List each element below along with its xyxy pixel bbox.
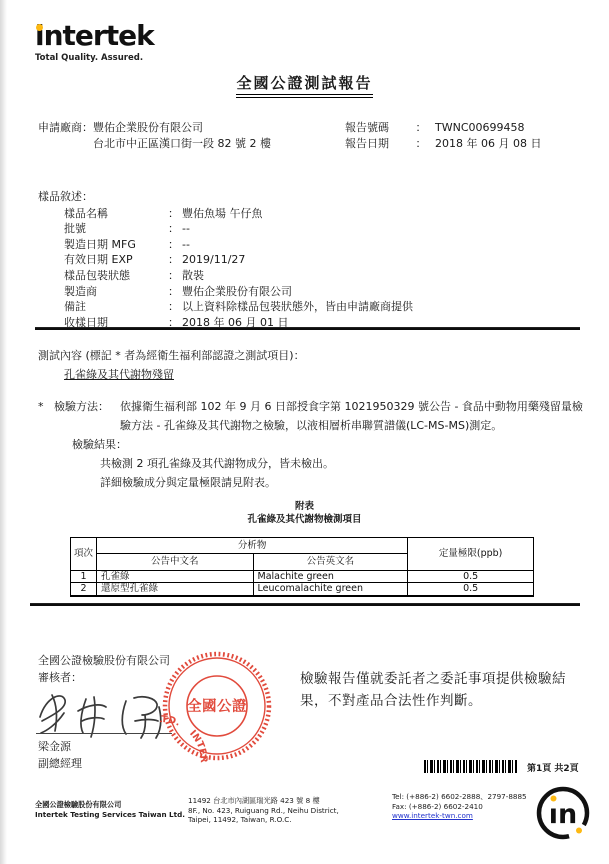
colon: ： — [168, 252, 182, 268]
result-line: 共檢測 2 項孔雀綠及其代謝物成分，皆未檢出。 — [100, 454, 583, 473]
brand-yellow-dot-icon — [36, 24, 43, 31]
test-subject: 孔雀綠及其代謝物殘留 — [64, 365, 583, 384]
cn-name-cell: 孔雀綠 — [96, 570, 253, 582]
col-en-header: 公告英文名 — [253, 554, 408, 570]
test-section: 測試內容 (標記 * 者為經衛生福利部認證之測試項目)： 孔雀綠及其代謝物殘留 … — [38, 346, 583, 492]
footer-company-en: Intertek Testing Services Taiwan Ltd. — [35, 810, 195, 820]
colon: ： — [168, 268, 182, 284]
table-row: 2 還原型孔雀綠 Leucomalachite green 0.5 — [71, 583, 534, 596]
footer-company: 全國公證檢驗股份有限公司 Intertek Testing Services T… — [35, 800, 195, 819]
sample-row: 樣品名稱 ： 豐佑魚場 午仔魚 — [64, 206, 581, 222]
applicant-name: 豐佑企業股份有限公司 — [93, 120, 271, 136]
report-date-value: 2018 年 06 月 08 日 — [435, 136, 541, 152]
report-page: intertek Total Quality. Assured. 全國公證測試報… — [0, 0, 609, 864]
row-label: 樣品名稱 — [64, 206, 168, 222]
sample-row: 有效日期 EXP ： 2019/11/27 — [64, 252, 581, 268]
item-no-cell: 2 — [71, 583, 97, 596]
report-date-label: 報告日期 — [345, 136, 407, 152]
sample-section: 樣品敘述： 樣品名稱 ： 豐佑魚場 午仔魚 批號 ： -- 製造日期 MFG ：… — [38, 189, 581, 330]
intertek-mark-icon: ın — [532, 782, 594, 848]
sample-row: 批號 ： -- — [64, 221, 581, 237]
logo-tagline: Total Quality. Assured. — [35, 53, 154, 63]
signer-name: 梁金源 — [38, 738, 71, 754]
disclaimer-text: 檢驗報告僅就委託者之委託事項提供檢驗結果，不對產品合法性作判斷。 — [300, 668, 592, 712]
sample-row: 備註 ： 以上資料除樣品包裝狀態外，皆由申請廠商提供 — [64, 299, 581, 315]
footer-address-en2: Taipei, 11492, Taiwan, R.O.C. — [188, 815, 403, 825]
colon: ： — [168, 221, 182, 237]
col-cn-header: 公告中文名 — [96, 554, 253, 570]
row-value: 2019/11/27 — [182, 252, 581, 268]
colon: ： — [168, 237, 182, 253]
method-label: 檢驗方法： — [54, 397, 120, 435]
test-heading: 測試內容 (標記 * 者為經衛生福利部認證之測試項目)： — [38, 346, 583, 365]
result-line: 詳細檢驗成分與定量極限請見附表。 — [100, 473, 583, 492]
row-value: 豐佑企業股份有限公司 — [182, 284, 581, 300]
signer-title: 副總經理 — [38, 755, 82, 771]
table-row: 1 孔雀綠 Malachite green 0.5 — [71, 570, 534, 582]
applicant-block: 申請廠商： 豐佑企業股份有限公司 台北市中正區漢口街一段 82 號 2 樓 — [38, 120, 271, 152]
stamp-ring-text: INTERTEK TESTING SERVICES TAIWAN LTD. — [160, 714, 209, 763]
report-meta: 報告號碼 ： TWNC00699458 報告日期 ： 2018 年 06 月 0… — [345, 120, 541, 152]
method-text: 依據衛生福利部 102 年 9 月 6 日部授食字第 1021950329 號公… — [120, 397, 583, 435]
applicant-address: 台北市中正區漢口街一段 82 號 2 樓 — [93, 136, 271, 152]
cn-name-cell: 還原型孔雀綠 — [96, 583, 253, 596]
row-value: -- — [182, 237, 581, 253]
footer-fax: Fax: (+886-2) 6602-2410 — [392, 802, 527, 812]
colon: ： — [407, 120, 435, 136]
colon: ： — [168, 284, 182, 300]
appendix-titles: 附表 孔雀綠及其代謝物檢測項目 — [0, 500, 609, 526]
report-no-value: TWNC00699458 — [435, 120, 525, 136]
row-label: 製造商 — [64, 284, 168, 300]
limit-cell: 0.5 — [408, 570, 534, 582]
footer-contact: Tel: (+886-2) 6602-2888、2797-8885 Fax: (… — [392, 792, 527, 821]
certified-mark: * — [38, 397, 54, 435]
limit-cell: 0.5 — [408, 583, 534, 596]
certification-stamp: INTERTEK TESTING SERVICES TAIWAN LTD. 全國… — [160, 649, 274, 763]
colon: ： — [168, 206, 182, 222]
sample-row: 製造日期 MFG ： -- — [64, 237, 581, 253]
footer-address: 11492 台北市內湖區瑞光路 423 號 8 樓 8F., No. 423, … — [188, 796, 403, 825]
logo-text: intertek — [35, 19, 154, 52]
appendix-subtitle: 孔雀綠及其代謝物檢測項目 — [0, 513, 609, 526]
en-name-cell: Malachite green — [253, 570, 408, 582]
sample-row: 樣品包裝狀態 ： 散裝 — [64, 268, 581, 284]
analyte-table: 項次 分析物 定量極限(ppb) 公告中文名 公告英文名 1 孔雀綠 Malac… — [70, 537, 534, 597]
row-label: 樣品包裝狀態 — [64, 268, 168, 284]
barcode-icon — [424, 760, 518, 773]
applicant-label: 申請廠商： — [38, 120, 93, 152]
page-number: 第1頁 共2頁 — [527, 761, 579, 774]
colon: ： — [168, 299, 182, 315]
row-value: 以上資料除樣品包裝狀態外，皆由申請廠商提供 — [182, 299, 581, 315]
footer-tel: Tel: (+886-2) 6602-2888、2797-8885 — [392, 792, 527, 802]
report-title: 全國公證測試報告 — [0, 72, 609, 93]
svg-text:INTERTEK TESTING SERVICES TAIW: INTERTEK TESTING SERVICES TAIWAN LTD. — [160, 714, 209, 763]
row-value: 散裝 — [182, 268, 581, 284]
row-label: 有效日期 EXP — [64, 252, 168, 268]
col-item-header: 項次 — [71, 538, 97, 571]
intertek-logo: intertek Total Quality. Assured. — [35, 22, 154, 63]
footer-address-cn: 11492 台北市內湖區瑞光路 423 號 8 樓 — [188, 796, 403, 806]
result-label: 檢驗結果： — [72, 435, 583, 454]
report-no-label: 報告號碼 — [345, 120, 407, 136]
row-value: 豐佑魚場 午仔魚 — [182, 206, 581, 222]
signature-line — [36, 733, 172, 734]
intertek-wordmark: intertek — [35, 22, 154, 50]
section-divider — [35, 327, 580, 330]
row-value: -- — [182, 221, 581, 237]
footer-website-link[interactable]: www.intertek-twn.com — [392, 811, 473, 820]
row-label: 製造日期 MFG — [64, 237, 168, 253]
en-name-cell: Leucomalachite green — [253, 583, 408, 596]
appendix-title: 附表 — [0, 500, 609, 513]
svg-text:ın: ın — [549, 799, 577, 830]
footer-company-cn: 全國公證檢驗股份有限公司 — [35, 800, 195, 810]
stamp-center-text: 全國公證 — [187, 697, 247, 715]
sample-row: 製造商 ： 豐佑企業股份有限公司 — [64, 284, 581, 300]
footer-address-en1: 8F., No. 423, Ruiguang Rd., Neihu Distri… — [188, 806, 403, 816]
col-limit-header: 定量極限(ppb) — [408, 538, 534, 571]
signer-company: 全國公證檢驗股份有限公司 — [38, 652, 170, 668]
row-label: 批號 — [64, 221, 168, 237]
row-label: 備註 — [64, 299, 168, 315]
colon: ： — [407, 136, 435, 152]
col-analyte-header: 分析物 — [96, 538, 407, 554]
sample-heading: 樣品敘述： — [38, 189, 581, 205]
section-divider — [30, 603, 580, 606]
item-no-cell: 1 — [71, 570, 97, 582]
